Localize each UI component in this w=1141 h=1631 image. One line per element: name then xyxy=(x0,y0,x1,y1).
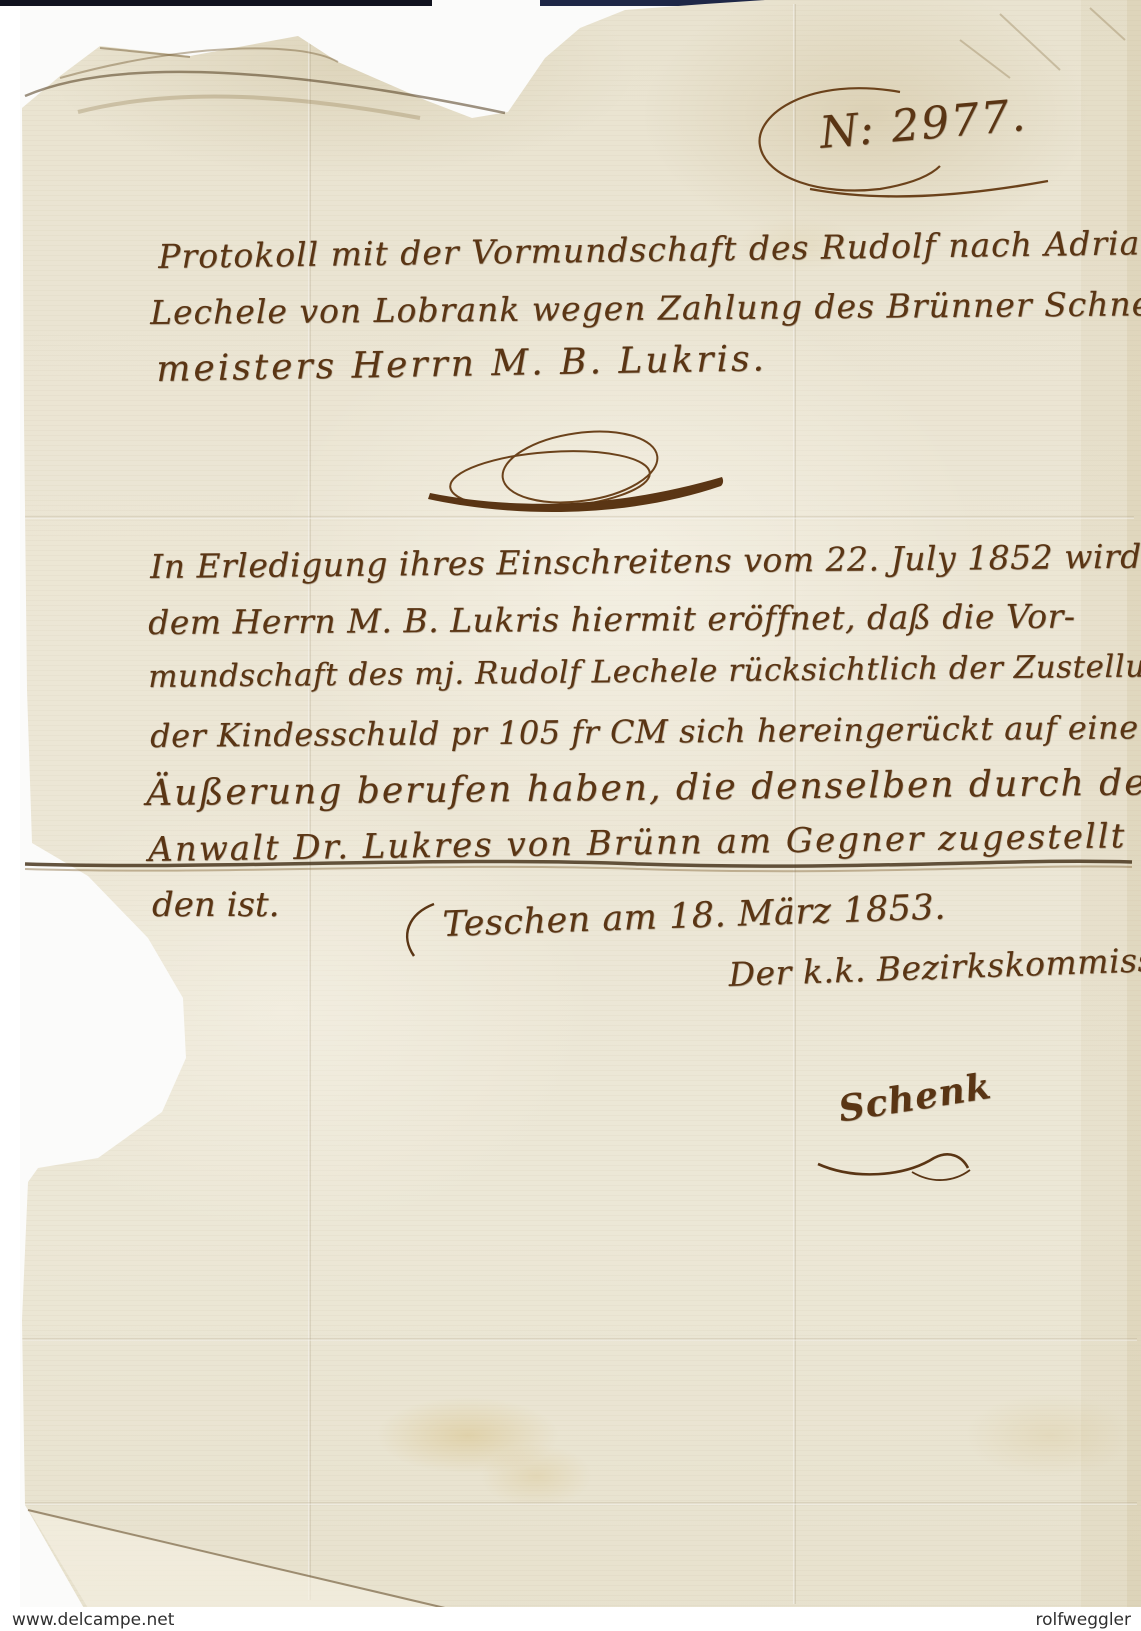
body-line-7: den ist. xyxy=(152,888,279,922)
body-line-1: In Erledigung ihres Einschreitens vom 22… xyxy=(150,540,1141,583)
watermark-rolfweggler: rolfweggler xyxy=(1035,1612,1131,1629)
body-line-5: Äußerung berufen haben, die denselben du… xyxy=(146,765,1141,812)
watermark-bar: www.delcampe.net rolfweggler xyxy=(0,1607,1141,1631)
section-divider-flourish-icon xyxy=(400,425,730,530)
heading-line-2: Lechele von Lobrank wegen Zahlung des Br… xyxy=(150,287,1141,329)
signature-flourish-icon xyxy=(812,1146,977,1188)
scanned-letter-image: N: 2977. Protokoll mit der Vormundschaft… xyxy=(0,0,1141,1631)
dateline-flourish-icon xyxy=(396,900,441,960)
body-line-2: dem Herrn M. B. Lukris hiermit eröffnet,… xyxy=(148,600,1076,639)
body-line-4: der Kindesschuld pr 105 fr CM sich herei… xyxy=(150,711,1139,752)
watermark-delcampe: www.delcampe.net xyxy=(12,1612,174,1629)
